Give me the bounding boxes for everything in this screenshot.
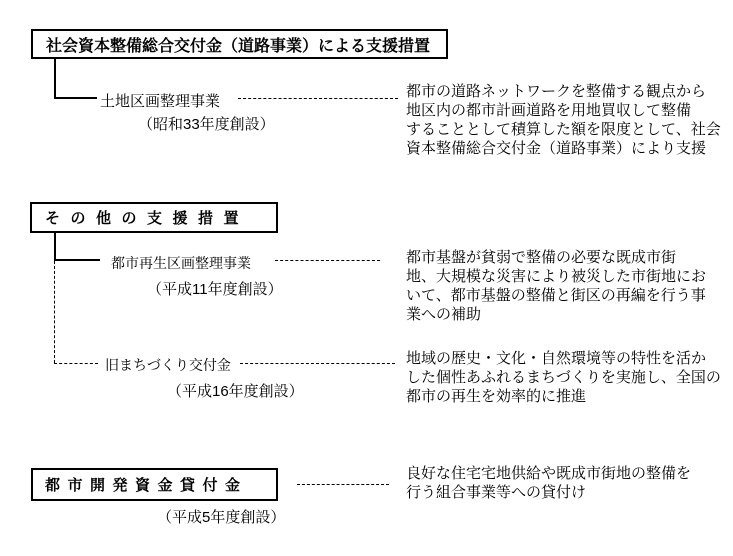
item-toshisaisei-established: （平成11年度創設） (147, 278, 283, 299)
item-tochikukaku-label: 土地区画整理事業 (100, 90, 220, 111)
item-machizukuri-established: （平成16年度創設） (167, 380, 304, 401)
support-measures-diagram: 社会資本整備総合交付金（道路事業）による支援措置 土地区画整理事業 （昭和33年… (0, 0, 733, 556)
item-tochikukaku-description: 都市の道路ネットワークを整備する観点から 地区内の都市計画道路を用地買収して整備… (406, 82, 733, 158)
section-box-sonota-title: その他の支援措置 (45, 207, 249, 228)
section-box-shakaishihon-title: 社会資本整備総合交付金（道路事業）による支援措置 (46, 33, 430, 56)
section-box-sonota: その他の支援措置 (30, 202, 278, 233)
leader-dashed-line-3 (240, 363, 395, 364)
section-box-toshikaihatsu-title: 都市開発資金貸付金 (45, 474, 248, 495)
connector-vertical-solid-1 (54, 59, 56, 98)
section-box-shakaishihon: 社会資本整備総合交付金（道路事業）による支援措置 (31, 29, 448, 59)
item-toshisaisei-description: 都市基盤が貧弱で整備の必要な既成市街 地、大規模な災害により被災した市街地にお … (406, 248, 733, 324)
leader-dashed-line-1 (238, 98, 398, 99)
item-toshisaisei-label: 都市再生区画整理事業 (111, 253, 251, 273)
connector-vertical-dashed-2 (54, 261, 55, 363)
connector-branch-solid-2 (54, 259, 100, 261)
item-toshikaihatsu-description: 良好な住宅宅地供給や既成市街地の整備を 行う組合事業等への貸付け (406, 464, 733, 502)
item-machizukuri-label: 旧まちづくり交付金 (105, 355, 231, 375)
item-tochikukaku-established: （昭和33年度創設） (138, 113, 275, 134)
connector-vertical-solid-2 (54, 233, 56, 261)
item-machizukuri-description: 地域の歴史・文化・自然環境等の特性を活か した個性あふれるまちづくりを実施し、全… (406, 349, 733, 406)
connector-branch-solid-1 (54, 97, 97, 99)
leader-dashed-line-4 (297, 484, 389, 485)
item-toshikaihatsu-established: （平成5年度創設） (157, 506, 285, 527)
section-box-toshikaihatsu: 都市開発資金貸付金 (31, 468, 278, 501)
connector-branch-dashed-3 (54, 363, 98, 364)
leader-dashed-line-2 (275, 260, 380, 261)
